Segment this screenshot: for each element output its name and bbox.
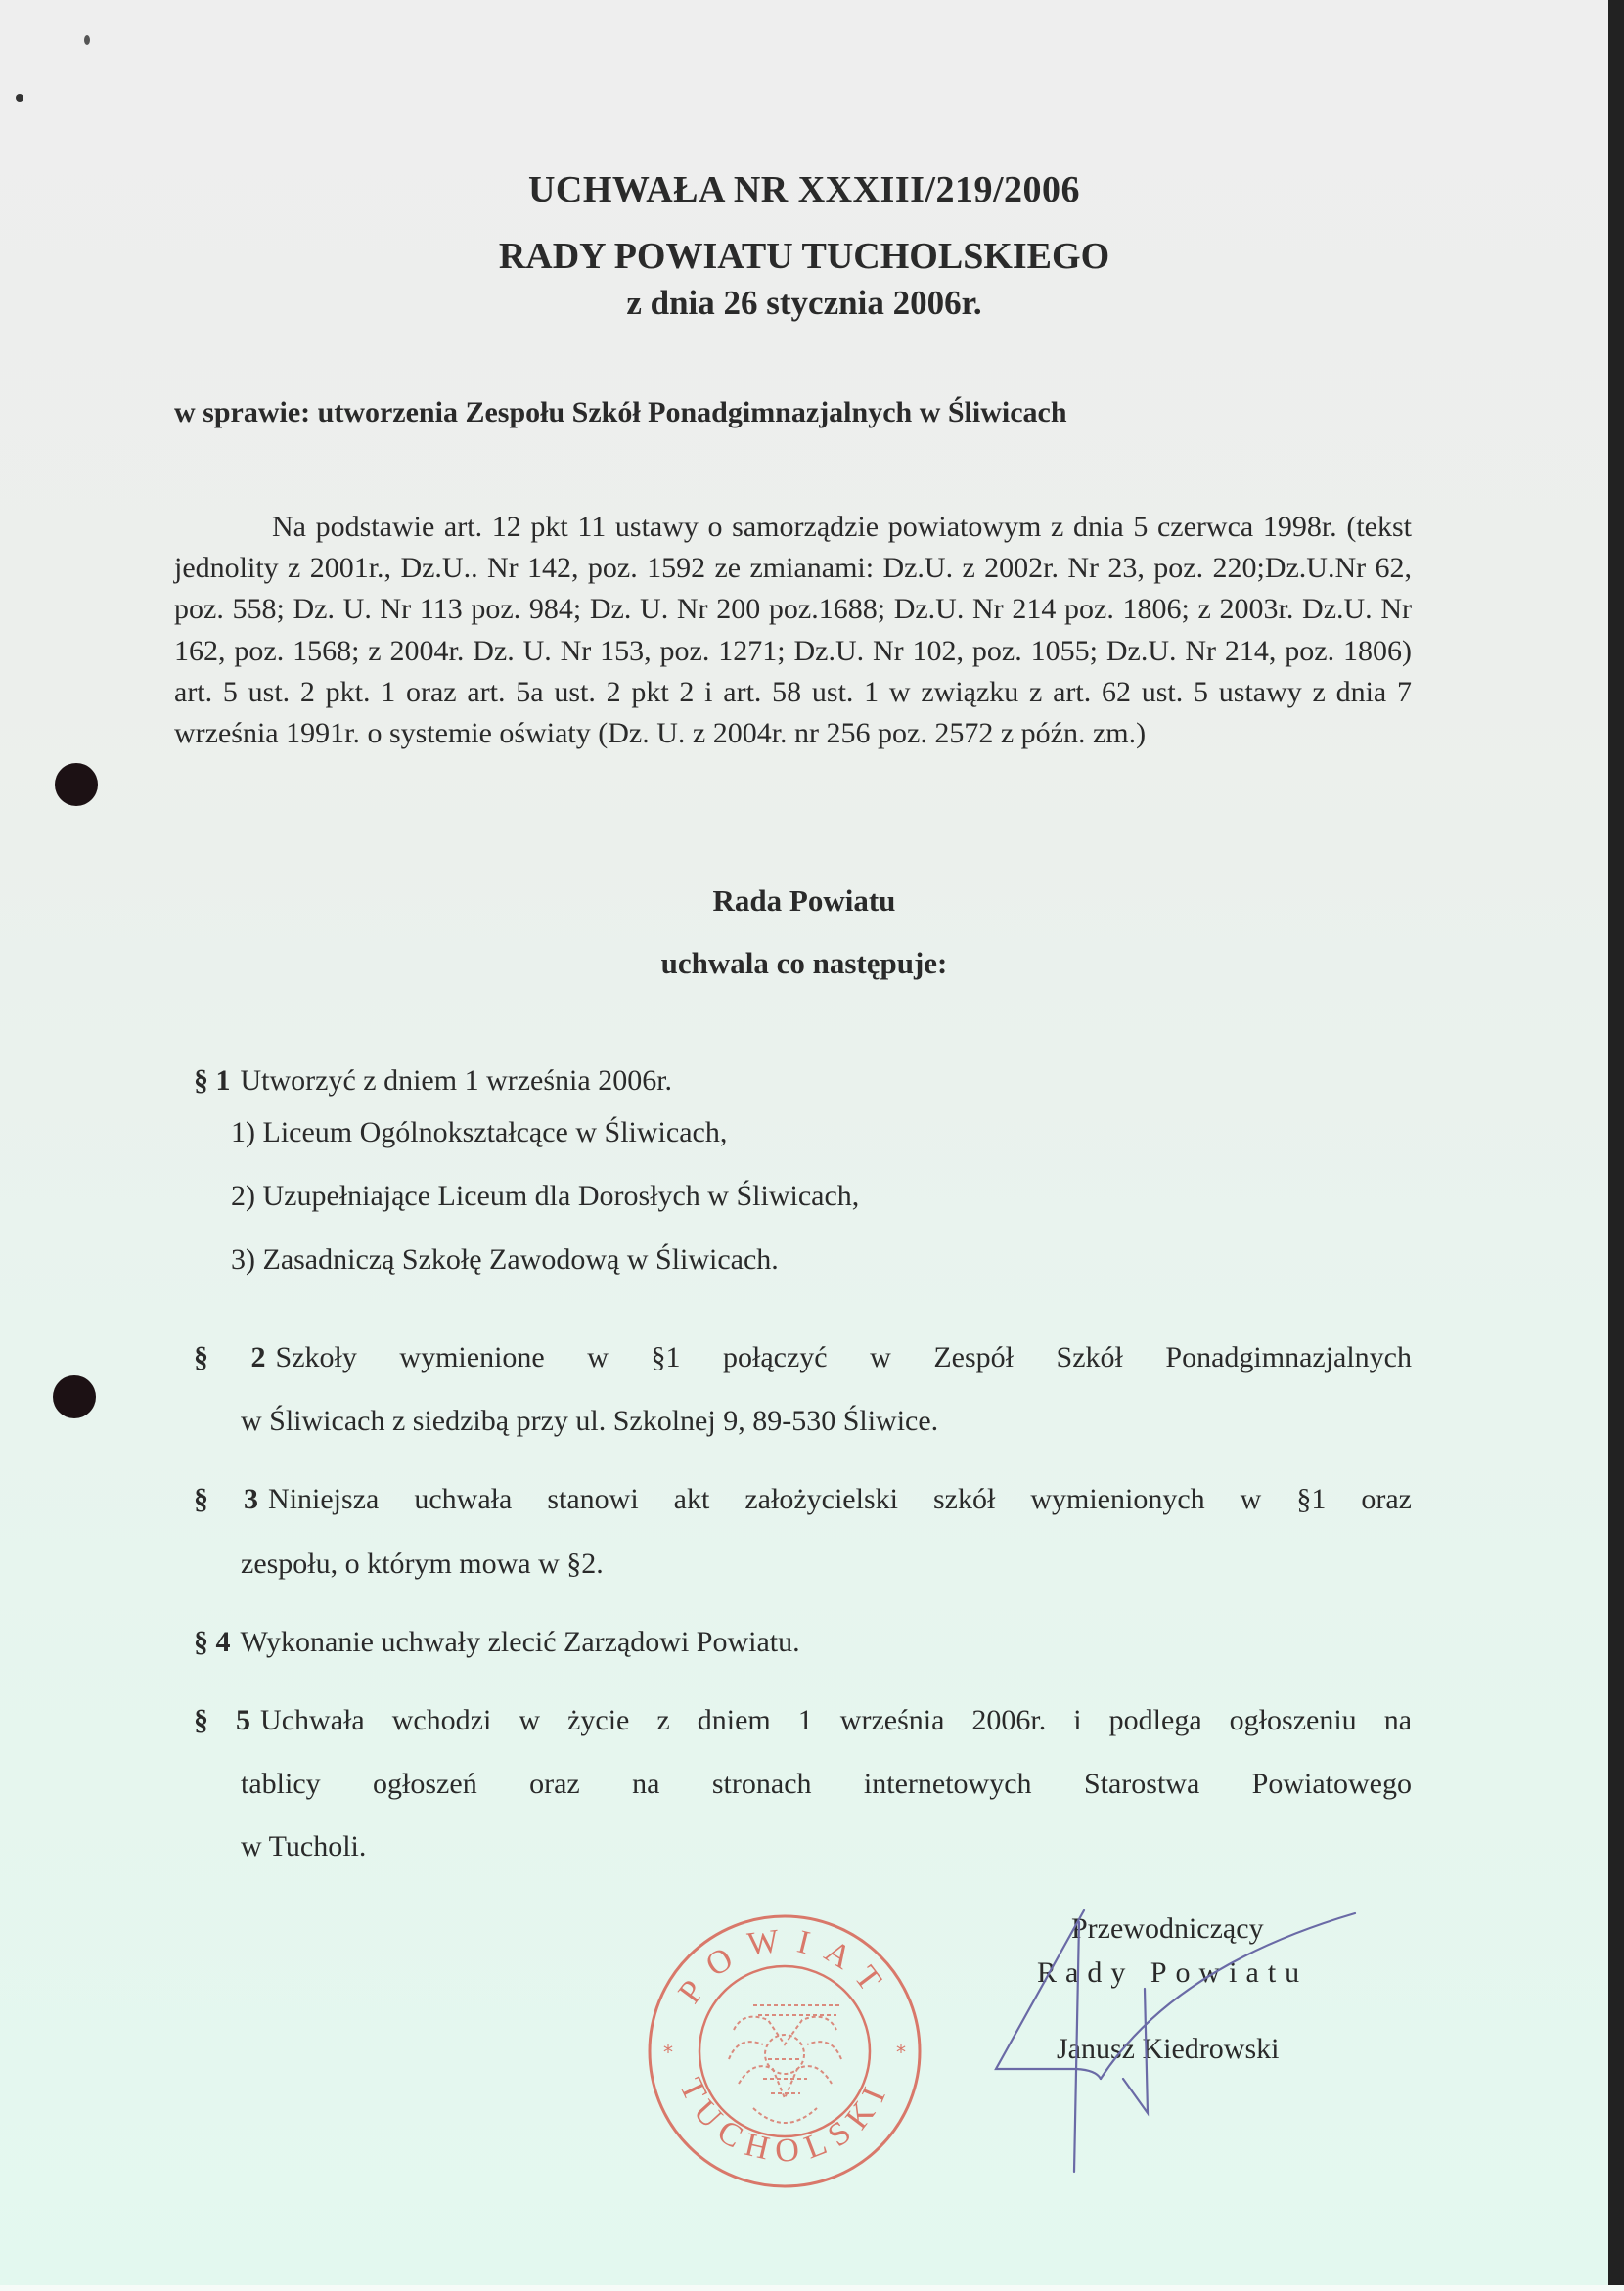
section-1: § 1Utworzyć z dniem 1 września 2006r. bbox=[194, 1049, 672, 1113]
scan-speck bbox=[16, 94, 23, 102]
resolution-number: UCHWAŁA NR XXXIII/219/2006 bbox=[0, 168, 1608, 211]
section-text: Niniejsza uchwała stanowi akt założyciel… bbox=[268, 1483, 1412, 1515]
official-stamp: POWIAT TUCHOLSKI * * bbox=[646, 1912, 925, 2191]
section-5: § 5Uchwała wchodzi w życie z dniem 1 wrz… bbox=[194, 1688, 1412, 1753]
section-text: Szkoły wymienione w §1 połączyć w Zespół… bbox=[276, 1341, 1412, 1373]
punch-hole bbox=[55, 763, 98, 806]
resolves-heading: uchwala co następuje: bbox=[0, 946, 1608, 981]
eagle-emblem-icon bbox=[729, 2005, 841, 2123]
stamp-bottom-text: TUCHOLSKI bbox=[672, 2073, 897, 2170]
section-mark: § 3 bbox=[194, 1483, 258, 1515]
section-3: § 3Niniejsza uchwała stanowi akt założyc… bbox=[194, 1467, 1412, 1532]
section-2: § 2Szkoły wymienione w §1 połączyć w Zes… bbox=[194, 1325, 1412, 1390]
scan-edge bbox=[1608, 0, 1624, 2291]
section-mark: § 5 bbox=[194, 1704, 250, 1736]
section-mark: § 2 bbox=[194, 1341, 266, 1373]
star-icon: * bbox=[896, 2041, 906, 2064]
resolution-date: z dnia 26 stycznia 2006r. bbox=[0, 284, 1608, 323]
section-text: Wykonanie uchwały zlecić Zarządowi Powia… bbox=[241, 1626, 800, 1658]
issuing-body: RADY POWIATU TUCHOLSKIEGO bbox=[0, 235, 1608, 278]
scan-edge-bottom bbox=[0, 2285, 1624, 2291]
legal-basis-paragraph: Na podstawie art. 12 pkt 11 ustawy o sam… bbox=[174, 507, 1412, 754]
star-icon: * bbox=[663, 2041, 673, 2064]
section-text: Uchwała wchodzi w życie z dniem 1 wrześn… bbox=[260, 1704, 1412, 1736]
section-2-continuation: w Śliwicach z siedzibą przy ul. Szkolnej… bbox=[241, 1389, 938, 1454]
section-text: Utworzyć z dniem 1 września 2006r. bbox=[241, 1064, 673, 1097]
list-item: 1) Liceum Ogólnokształcące w Śliwicach, bbox=[231, 1116, 727, 1149]
scan-speck bbox=[84, 35, 90, 45]
section-3-continuation: zespołu, o którym mowa w §2. bbox=[241, 1532, 604, 1596]
section-5-continuation: tablicy ogłoszeń oraz na stronach intern… bbox=[241, 1752, 1412, 1817]
section-mark: § 4 bbox=[194, 1626, 231, 1658]
section-mark: § 1 bbox=[194, 1064, 231, 1097]
council-heading: Rada Powiatu bbox=[0, 883, 1608, 919]
punch-hole bbox=[53, 1375, 96, 1418]
handwritten-signature bbox=[978, 1878, 1389, 2191]
resolution-subject: w sprawie: utworzenia Zespołu Szkół Pona… bbox=[174, 396, 1067, 429]
list-item: 2) Uzupełniające Liceum dla Dorosłych w … bbox=[231, 1180, 859, 1213]
list-item: 3) Zasadniczą Szkołę Zawodową w Śliwicac… bbox=[231, 1243, 779, 1277]
section-5-continuation: w Tucholi. bbox=[241, 1815, 366, 1879]
section-4: § 4Wykonanie uchwały zlecić Zarządowi Po… bbox=[194, 1610, 800, 1675]
